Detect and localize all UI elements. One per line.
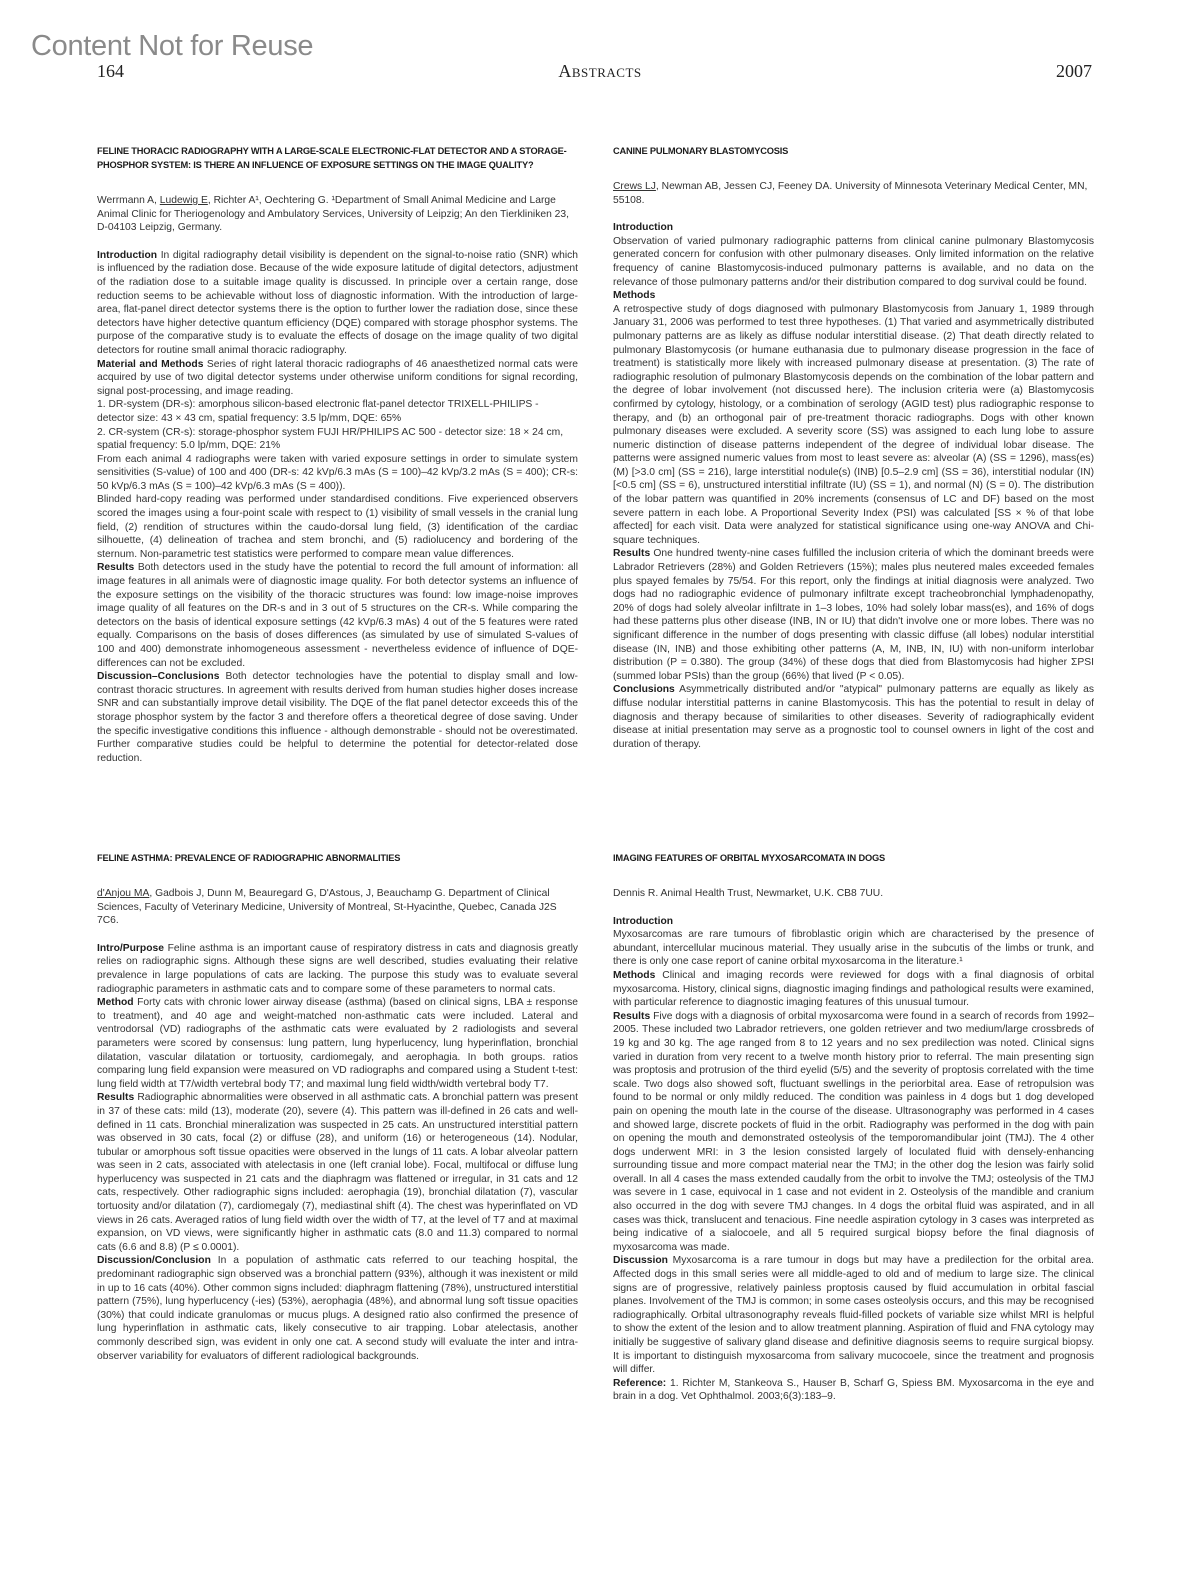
section-text: In a population of asthmatic cats referr… — [97, 1255, 578, 1361]
abstract-section: Methods Clinical and imaging records wer… — [613, 969, 1094, 1010]
abstract-section: From each animal 4 radiographs were take… — [97, 453, 578, 494]
section-text: Feline asthma is an important cause of r… — [97, 943, 578, 995]
presenting-author: Crews LJ — [613, 181, 656, 192]
abstract-section: Method Forty cats with chronic lower air… — [97, 996, 578, 1091]
abstract-title: CANINE PULMONARY BLASTOMYCOSIS — [613, 144, 1094, 158]
abstract-section: Results One hundred twenty-nine cases fu… — [613, 547, 1094, 683]
section-text: Myxosarcoma is a rare tumour in dogs but… — [613, 1255, 1094, 1375]
abstract-body: IntroductionMyxosarcomas are rare tumour… — [613, 915, 1094, 1404]
section-text: A retrospective study of dogs diagnosed … — [613, 304, 1094, 546]
section-label: Intro/Purpose — [97, 943, 164, 954]
section-label: Method — [97, 997, 134, 1008]
section-text: Radiographic abnormalities were observed… — [97, 1092, 578, 1253]
abstract-section: Results Radiographic abnormalities were … — [97, 1091, 578, 1254]
section-label: Reference: — [613, 1378, 666, 1389]
section-label: Introduction — [97, 250, 157, 261]
section-label: Introduction — [613, 221, 1094, 235]
section-text: Clinical and imaging records were review… — [613, 970, 1094, 1008]
abstract-section: IntroductionObservation of varied pulmon… — [613, 221, 1094, 289]
section-text: 1. DR-system (DR-s): amorphous silicon-b… — [97, 399, 539, 424]
section-label: Methods — [613, 289, 1094, 303]
abstract-section: MethodsA retrospective study of dogs dia… — [613, 289, 1094, 547]
abstract-feline-asthma: FELINE ASTHMA: PREVALENCE OF RADIOGRAPHI… — [97, 851, 578, 1363]
abstract-section: 1. DR-system (DR-s): amorphous silicon-b… — [97, 398, 578, 425]
section-text: Five dogs with a diagnosis of orbital my… — [613, 1011, 1094, 1253]
section-text: Myxosarcomas are rare tumours of fibrobl… — [613, 929, 1094, 967]
presenting-author: d'Anjou MA — [97, 888, 149, 899]
abstract-section: Intro/Purpose Feline asthma is an import… — [97, 942, 578, 996]
section-label: Conclusions — [613, 684, 675, 695]
running-header: 164 Abstracts 2007 — [0, 61, 1200, 85]
abstract-orbital-myxosarcomata: IMAGING FEATURES OF ORBITAL MYXOSARCOMAT… — [613, 851, 1094, 1404]
abstract-title: FELINE THORACIC RADIOGRAPHY WITH A LARGE… — [97, 144, 578, 172]
abstract-section: Conclusions Asymmetrically distributed a… — [613, 683, 1094, 751]
section-label: Methods — [613, 970, 655, 981]
section-text: In digital radiography detail visibility… — [97, 250, 578, 356]
section-label: Material and Methods — [97, 359, 203, 370]
abstract-title: FELINE ASTHMA: PREVALENCE OF RADIOGRAPHI… — [97, 851, 578, 865]
section-label: Results — [97, 562, 134, 573]
abstract-section: Results Five dogs with a diagnosis of or… — [613, 1010, 1094, 1255]
abstract-authors: Crews LJ, Newman AB, Jessen CJ, Feeney D… — [613, 180, 1094, 207]
section-label: Results — [613, 1011, 650, 1022]
abstract-section: Results Both detectors used in the study… — [97, 561, 578, 670]
abstract-section: Introduction In digital radiography deta… — [97, 249, 578, 358]
abstract-authors: Werrmann A, Ludewig E, Richter A¹, Oecht… — [97, 194, 578, 235]
section-label: Results — [613, 548, 650, 559]
section-title: Abstracts — [0, 61, 1200, 82]
section-label: Results — [97, 1092, 134, 1103]
section-label: Discussion — [613, 1255, 668, 1266]
section-label: Discussion/Conclusion — [97, 1255, 211, 1266]
abstract-feline-thoracic: FELINE THORACIC RADIOGRAPHY WITH A LARGE… — [97, 144, 578, 765]
section-text: 2. CR-system (CR-s): storage-phosphor sy… — [97, 427, 563, 452]
abstract-section: 2. CR-system (CR-s): storage-phosphor sy… — [97, 426, 578, 453]
abstract-body: Introduction In digital radiography deta… — [97, 249, 578, 766]
section-text: 1. Richter M, Stankeova S., Hauser B, Sc… — [613, 1378, 1094, 1403]
year: 2007 — [1056, 61, 1092, 82]
abstract-section: Discussion Myxosarcoma is a rare tumour … — [613, 1254, 1094, 1376]
abstract-authors: Dennis R. Animal Health Trust, Newmarket… — [613, 887, 1094, 901]
abstract-section: Discussion–Conclusions Both detector tec… — [97, 670, 578, 765]
section-text: From each animal 4 radiographs were take… — [97, 454, 578, 492]
watermark: Content Not for Reuse — [31, 30, 313, 63]
abstract-title: IMAGING FEATURES OF ORBITAL MYXOSARCOMAT… — [613, 851, 1094, 865]
abstract-authors: d'Anjou MA, Gadbois J, Dunn M, Beauregar… — [97, 887, 578, 928]
section-label: Discussion–Conclusions — [97, 671, 219, 682]
abstract-section: Blinded hard-copy reading was performed … — [97, 493, 578, 561]
abstract-body: Intro/Purpose Feline asthma is an import… — [97, 942, 578, 1363]
abstract-section: Reference: 1. Richter M, Stankeova S., H… — [613, 1377, 1094, 1404]
section-label: Introduction — [613, 915, 1094, 929]
section-text: Both detector technologies have the pote… — [97, 671, 578, 764]
abstract-canine-blastomycosis: CANINE PULMONARY BLASTOMYCOSIS Crews LJ,… — [613, 144, 1094, 751]
abstract-section: Discussion/Conclusion In a population of… — [97, 1254, 578, 1363]
presenting-author: Ludewig E — [160, 195, 208, 206]
abstract-section: IntroductionMyxosarcomas are rare tumour… — [613, 915, 1094, 969]
abstract-body: IntroductionObservation of varied pulmon… — [613, 221, 1094, 751]
section-text: Forty cats with chronic lower airway dis… — [97, 997, 578, 1090]
section-text: Blinded hard-copy reading was performed … — [97, 494, 578, 559]
section-text: Asymmetrically distributed and/or "atypi… — [613, 684, 1094, 749]
section-text: Both detectors used in the study have th… — [97, 562, 578, 668]
section-text: Observation of varied pulmonary radiogra… — [613, 236, 1094, 288]
abstract-section: Material and Methods Series of right lat… — [97, 358, 578, 399]
section-text: One hundred twenty-nine cases fulfilled … — [613, 548, 1094, 681]
